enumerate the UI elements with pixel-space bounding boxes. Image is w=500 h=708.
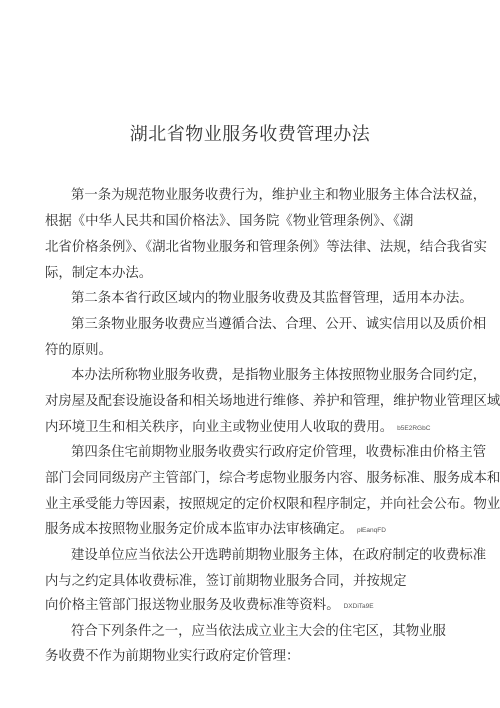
paragraph-line: 根据《中华人民共和国价格法》、国务院《物业管理条例》、《湖 <box>45 210 413 229</box>
watermark-code: DXDiTa9E <box>344 603 374 610</box>
line-text: 服务成本按照物业服务定价成本监审办法审核确定。 <box>45 522 353 537</box>
line-text: 第四条住宅前期物业服务收费实行政府定价管理，收费标准由价格主管 <box>71 445 486 460</box>
line-text: 第三条物业服务收费应当遵循合法、合理、公开、诚实信用以及质价相 <box>71 317 486 332</box>
line-text: 部门会同同级房产主管部门，综合考虑物业服务内容、服务标准、服务成本和 <box>45 471 500 486</box>
paragraph-line: 第二条本省行政区域内的物业服务收费及其监督管理，适用本办法。 <box>71 287 473 306</box>
line-text: 内与之约定具体收费标准，签订前期物业服务合同，并按规定 <box>45 574 407 589</box>
line-text: 对房屋及配套设施设备和相关场地进行维修、养护和管理，维护物业管理区域 <box>45 394 500 409</box>
line-text: 内环境卫生和相关秩序，向业主或物业使用人收取的费用。 <box>45 420 393 435</box>
paragraph-line: 北省价格条例》、《湖北省物业服务和管理条例》等法律、法规，结合我省实 <box>45 236 487 255</box>
line-text: 际，制定本办法。 <box>45 266 152 281</box>
line-text: 务收费不作为前期物业实行政府定价管理： <box>45 649 299 664</box>
watermark-code: plEanqFD <box>357 527 386 534</box>
line-text: 北省价格条例》、《湖北省物业服务和管理条例》等法律、法规，结合我省实 <box>45 240 487 255</box>
paragraph-line: 对房屋及配套设施设备和相关场地进行维修、养护和管理，维护物业管理区域 <box>45 390 500 409</box>
paragraph-line: 业主承受能力等因素，按照规定的定价权限和程序制定，并向社会公布。物业 <box>45 493 500 512</box>
paragraph-line: 际，制定本办法。 <box>45 262 152 281</box>
line-text: 向价格主管部门报送物业服务及收费标准等资料。 <box>45 598 340 613</box>
line-text: 符合下列条件之一，应当依法成立业主大会的住宅区，其物业服 <box>71 624 446 639</box>
line-text: 第二条本省行政区域内的物业服务收费及其监督管理，适用本办法。 <box>71 291 473 306</box>
paragraph-line: 服务成本按照物业服务定价成本监审办法审核确定。plEanqFD <box>45 518 386 537</box>
paragraph-line: 部门会同同级房产主管部门，综合考虑物业服务内容、服务标准、服务成本和 <box>45 467 500 486</box>
paragraph-line: 向价格主管部门报送物业服务及收费标准等资料。DXDiTa9E <box>45 594 374 613</box>
line-text: 建设单位应当依法公开选聘前期物业服务主体，在政府制定的收费标准 <box>71 548 486 563</box>
line-text: 本办法所称物业服务收费，是指物业服务主体按照物业服务合同约定， <box>71 368 486 383</box>
paragraph-line: 内环境卫生和相关秩序，向业主或物业使用人收取的费用。b5E2RGbC <box>45 416 430 435</box>
paragraph-line: 建设单位应当依法公开选聘前期物业服务主体，在政府制定的收费标准 <box>71 544 486 563</box>
paragraph-line: 符合下列条件之一，应当依法成立业主大会的住宅区，其物业服 <box>71 620 446 639</box>
watermark-code: b5E2RGbC <box>397 425 430 432</box>
line-text: 根据《中华人民共和国价格法》、国务院《物业管理条例》、《湖 <box>45 214 413 229</box>
paragraph-line: 内与之约定具体收费标准，签订前期物业服务合同，并按规定 <box>45 570 407 589</box>
paragraph-line: 务收费不作为前期物业实行政府定价管理： <box>45 645 299 664</box>
paragraph-line: 第三条物业服务收费应当遵循合法、合理、公开、诚实信用以及质价相 <box>71 313 486 332</box>
paragraph-line: 第四条住宅前期物业服务收费实行政府定价管理，收费标准由价格主管 <box>71 441 486 460</box>
paragraph-line: 符的原则。 <box>45 339 112 358</box>
line-text: 符的原则。 <box>45 343 112 358</box>
line-text: 业主承受能力等因素，按照规定的定价权限和程序制定，并向社会公布。物业 <box>45 497 500 512</box>
line-text: 第一条为规范物业服务收费行为，维护业主和物业服务主体合法权益， <box>71 188 486 203</box>
paragraph-line: 本办法所称物业服务收费，是指物业服务主体按照物业服务合同约定， <box>71 364 486 383</box>
document-title: 湖北省物业服务收费管理办法 <box>0 120 500 146</box>
paragraph-line: 第一条为规范物业服务收费行为，维护业主和物业服务主体合法权益， <box>71 184 486 203</box>
